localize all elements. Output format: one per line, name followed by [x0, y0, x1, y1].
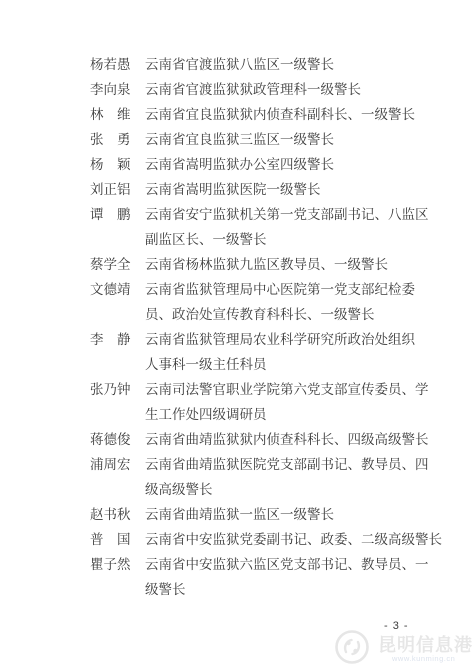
person-title: 云南省安宁监狱机关第一党支部副书记、八监区 副监区长、一级警长: [145, 202, 450, 252]
list-item: 普 国 云南省中安监狱党委副书记、政委、二级高级警长: [90, 527, 450, 552]
kunming-logo-icon: [334, 629, 370, 665]
list-item: 林 维 云南省宜良监狱狱内侦查科副科长、一级警长: [90, 102, 450, 127]
person-title: 云南省曲靖监狱医院党支部副书记、教导员、四 级高级警长: [145, 452, 450, 502]
person-name: 张 勇: [90, 127, 131, 152]
person-name: 刘正铝: [90, 177, 131, 202]
person-name: 张乃钟: [90, 377, 131, 402]
person-title: 云南省宜良监狱狱内侦查科副科长、一级警长: [145, 102, 450, 127]
person-title: 云南省中安监狱六监区党支部书记、教导员、一 级警长: [145, 552, 450, 602]
list-item: 瞿子然 云南省中安监狱六监区党支部书记、教导员、一 级警长: [90, 552, 450, 602]
list-item: 李 静 云南省监狱管理局农业科学研究所政治处组织 人事科一级主任科员: [90, 327, 450, 377]
person-name: 蔡学全: [90, 252, 131, 277]
person-name: 杨若愚: [90, 52, 131, 77]
person-title: 云南省宜良监狱三监区一级警长: [145, 127, 450, 152]
person-name: 林 维: [90, 102, 131, 127]
list-item: 张乃钟 云南司法警官职业学院第六党支部宣传委员、学 生工作处四级调研员: [90, 377, 450, 427]
list-item: 蔡学全 云南省杨林监狱九监区教导员、一级警长: [90, 252, 450, 277]
list-item: 赵书秋 云南省曲靖监狱一监区一级警长: [90, 502, 450, 527]
person-name: 杨 颖: [90, 152, 131, 177]
person-name: 赵书秋: [90, 502, 131, 527]
person-name: 蒋德俊: [90, 427, 131, 452]
watermark-url: www.kunming.cn: [392, 654, 455, 663]
person-name: 普 国: [90, 527, 131, 552]
person-title: 云南司法警官职业学院第六党支部宣传委员、学 生工作处四级调研员: [145, 377, 450, 427]
list-item: 谭 鹏 云南省安宁监狱机关第一党支部副书记、八监区 副监区长、一级警长: [90, 202, 450, 252]
person-title: 云南省曲靖监狱狱内侦查科科长、四级高级警长: [145, 427, 450, 452]
person-name: 文德靖: [90, 277, 131, 302]
person-title: 云南省中安监狱党委副书记、政委、二级高级警长: [145, 527, 450, 552]
person-title: 云南省嵩明监狱办公室四级警长: [145, 152, 450, 177]
list-item: 浦周宏 云南省曲靖监狱医院党支部副书记、教导员、四 级高级警长: [90, 452, 450, 502]
list-item: 李向泉 云南省官渡监狱狱政管理科一级警长: [90, 77, 450, 102]
document-page: 杨若愚 云南省官渡监狱八监区一级警长 李向泉 云南省官渡监狱狱政管理科一级警长 …: [0, 0, 473, 670]
person-name: 浦周宏: [90, 452, 131, 477]
list-item: 文德靖 云南省监狱管理局中心医院第一党支部纪检委 员、政治处宣传教育科科长、一级…: [90, 277, 450, 327]
person-name: 李 静: [90, 327, 131, 352]
person-title: 云南省监狱管理局中心医院第一党支部纪检委 员、政治处宣传教育科科长、一级警长: [145, 277, 450, 327]
person-title: 云南省杨林监狱九监区教导员、一级警长: [145, 252, 450, 277]
person-title: 云南省官渡监狱狱政管理科一级警长: [145, 77, 450, 102]
list-item: 杨若愚 云南省官渡监狱八监区一级警长: [90, 52, 450, 77]
person-name: 瞿子然: [90, 552, 131, 577]
person-name: 谭 鹏: [90, 202, 131, 227]
list-item: 刘正铝 云南省嵩明监狱医院一级警长: [90, 177, 450, 202]
list-item: 张 勇 云南省宜良监狱三监区一级警长: [90, 127, 450, 152]
person-name: 李向泉: [90, 77, 131, 102]
personnel-list: 杨若愚 云南省官渡监狱八监区一级警长 李向泉 云南省官渡监狱狱政管理科一级警长 …: [90, 52, 450, 602]
person-title: 云南省监狱管理局农业科学研究所政治处组织 人事科一级主任科员: [145, 327, 450, 377]
person-title: 云南省曲靖监狱一监区一级警长: [145, 502, 450, 527]
person-title: 云南省嵩明监狱医院一级警长: [145, 177, 450, 202]
list-item: 蒋德俊 云南省曲靖监狱狱内侦查科科长、四级高级警长: [90, 427, 450, 452]
person-title: 云南省官渡监狱八监区一级警长: [145, 52, 450, 77]
list-item: 杨 颖 云南省嵩明监狱办公室四级警长: [90, 152, 450, 177]
